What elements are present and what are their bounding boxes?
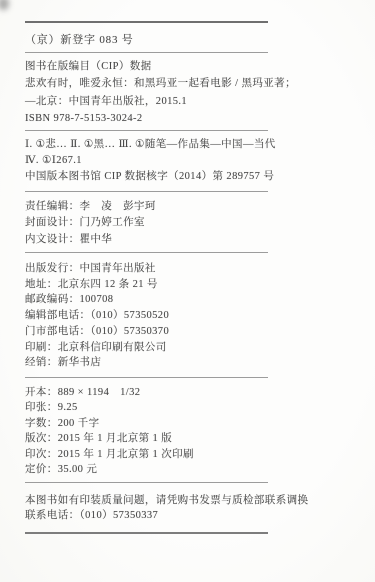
distributor: 经销：新华书店 (25, 355, 355, 371)
cip-record-number: 中国版本图书馆 CIP 数据核字（2014）第 289757 号 (25, 169, 355, 185)
publishing-house: 出版发行：中国青年出版社 (25, 261, 355, 277)
print-spec-block: 开本：889 × 1194 1/32 印张：9.25 字数：200 千字 版次：… (25, 385, 355, 477)
quality-notice-block: 本图书如有印装质量问题，请凭购书发票与质检部联系调换 联系电话：（010）573… (25, 494, 355, 523)
cip-isbn: ISBN 978-7-5153-3024-2 (25, 110, 355, 127)
quality-contact-phone: 联系电话：（010）57350337 (25, 509, 355, 524)
divider (25, 482, 268, 483)
editorial-dept-phone: 编辑部电话：（010）57350520 (25, 308, 355, 324)
divider (25, 377, 268, 378)
cip-classification-1: Ⅰ. ①悲… Ⅱ. ①黑… Ⅲ. ①随笔—作品集—中国—当代 (25, 137, 355, 153)
cip-classification-2: Ⅳ. ①Ⅰ267.1 (25, 153, 355, 169)
cip-classification-block: Ⅰ. ①悲… Ⅱ. ①黑… Ⅲ. ①随笔—作品集—中国—当代 Ⅳ. ①Ⅰ267.… (25, 137, 355, 185)
cip-publisher-line: —北京：中国青年出版社，2015.1 (25, 93, 355, 110)
cip-heading: 图书在版编目（CIP）数据 (25, 58, 355, 75)
scan-artifact (0, 0, 9, 10)
publisher-info-block: 出版发行：中国青年出版社 地址：北京东四 12 条 21 号 邮政编码：1007… (25, 261, 355, 371)
credit-cover-design: 封面设计：门乃婷工作室 (25, 215, 355, 231)
divider (25, 191, 268, 192)
divider (25, 52, 268, 53)
edition: 版次：2015 年 1 月北京第 1 版 (25, 431, 355, 446)
price: 定价：35.00 元 (25, 462, 355, 477)
cip-block: 图书在版编目（CIP）数据 悲欢有时，唯爱永恒：和黑玛亚一起看电影 / 黑玛亚著… (25, 58, 355, 127)
publisher-address: 地址：北京东四 12 条 21 号 (25, 277, 355, 293)
store-dept-phone: 门市部电话：（010）57350370 (25, 324, 355, 340)
book-copyright-page: （京）新登字 083 号 图书在版编目（CIP）数据 悲欢有时，唯爱永恒：和黑玛… (0, 0, 375, 582)
printed-sheets: 印张：9.25 (25, 400, 355, 415)
book-format: 开本：889 × 1194 1/32 (25, 385, 355, 400)
credits-block: 责任编辑：李 凌 彭宇珂 封面设计：门乃婷工作室 内文设计：瞿中华 (25, 199, 355, 248)
credit-editor: 责任编辑：李 凌 彭宇珂 (25, 199, 355, 215)
divider-top (25, 21, 268, 23)
printer: 印刷：北京科信印刷有限公司 (25, 340, 355, 356)
divider (25, 130, 268, 131)
postal-code: 邮政编码：100708 (25, 292, 355, 308)
quality-notice: 本图书如有印装质量问题，请凭购书发票与质检部联系调换 (25, 494, 355, 509)
cip-title-line: 悲欢有时，唯爱永恒：和黑玛亚一起看电影 / 黑玛亚著； (25, 75, 355, 92)
credit-layout-design: 内文设计：瞿中华 (25, 232, 355, 248)
word-count: 字数：200 千字 (25, 416, 355, 431)
impression: 印次：2015 年 1 月北京第 1 次印刷 (25, 447, 355, 462)
registration-number: （京）新登字 083 号 (25, 31, 355, 47)
divider (25, 252, 268, 253)
divider-bottom (25, 532, 268, 534)
